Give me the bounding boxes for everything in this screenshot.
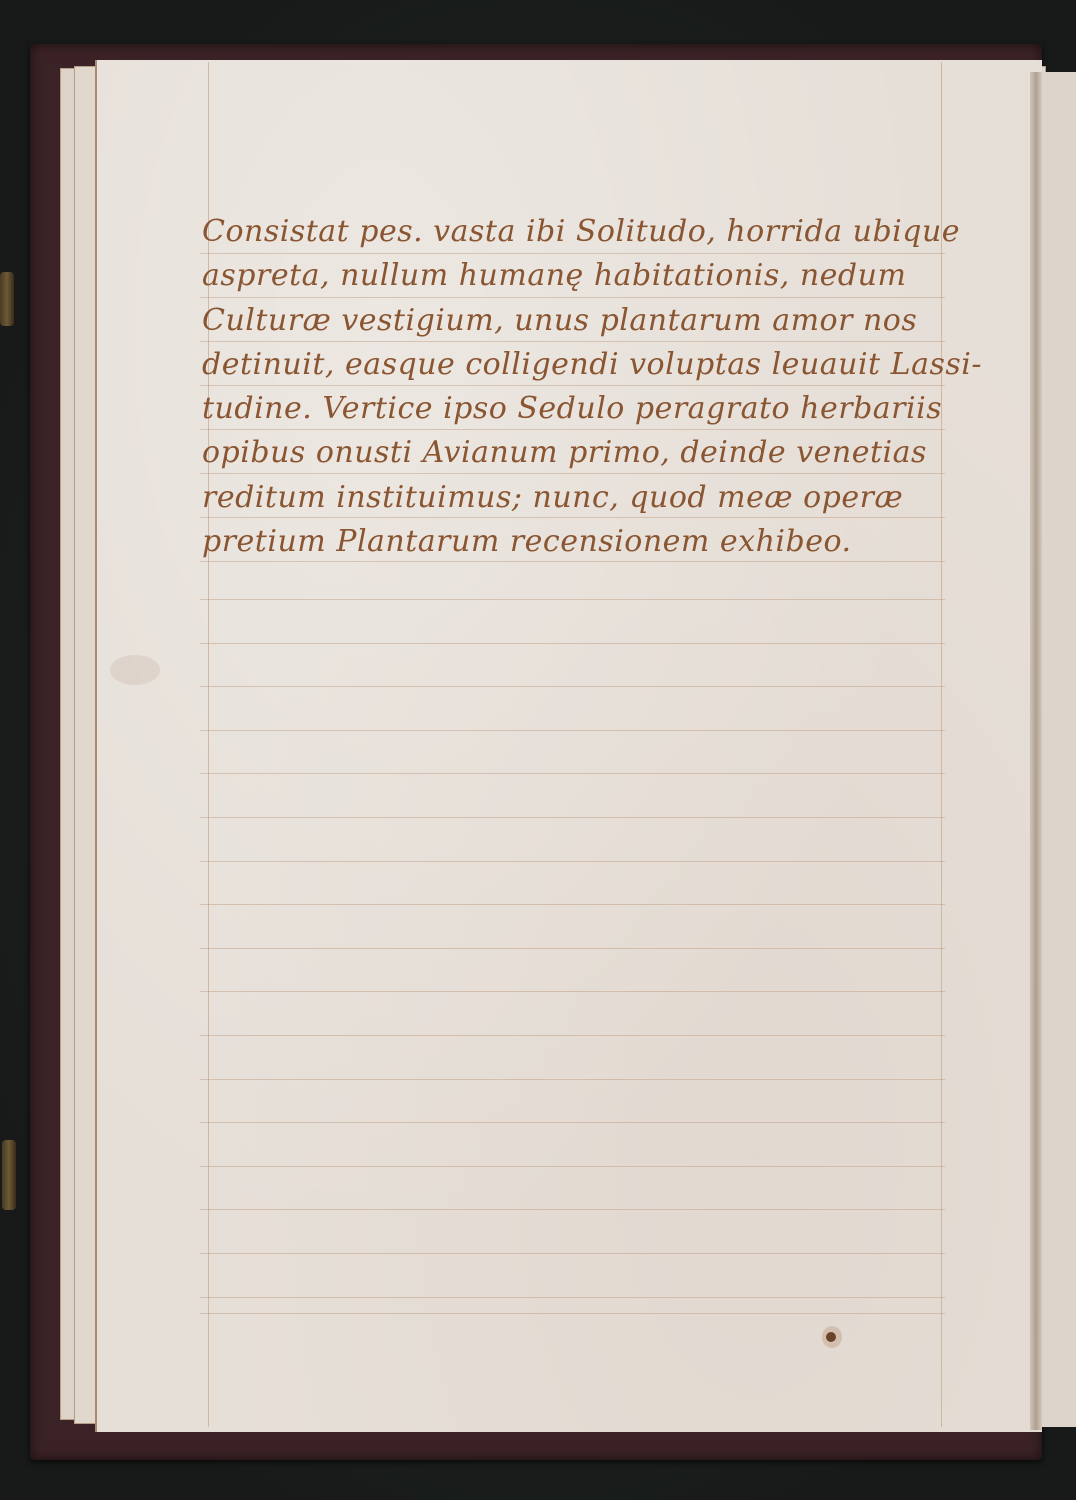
text-line-2: aspreta, nullum humanę habitationis, ned… bbox=[202, 254, 992, 298]
clasp-bottom bbox=[2, 1140, 16, 1210]
text-line-7: reditum instituimus; nunc, quod meæ oper… bbox=[202, 476, 992, 520]
manuscript-text: Consistat pes. vasta ibi Solitudo, horri… bbox=[202, 210, 992, 564]
text-line-1: Consistat pes. vasta ibi Solitudo, horri… bbox=[202, 210, 992, 254]
text-line-3: Culturæ vestigium, unus plantarum amor n… bbox=[202, 299, 992, 343]
clasp-top bbox=[0, 272, 14, 326]
text-line-8: pretium Plantarum recensionem exhibeo. bbox=[202, 520, 992, 564]
foxing-stain bbox=[110, 655, 160, 685]
text-line-6: opibus onusti Avianum primo, deinde vene… bbox=[202, 431, 992, 475]
page-gutter bbox=[1030, 72, 1042, 1430]
text-line-5: tudine. Vertice ipso Sedulo peragrato he… bbox=[202, 387, 992, 431]
foxing-stain bbox=[822, 1326, 842, 1348]
text-line-4: detinuit, easque colligendi voluptas leu… bbox=[202, 343, 992, 387]
next-page-edge bbox=[1040, 72, 1076, 1427]
